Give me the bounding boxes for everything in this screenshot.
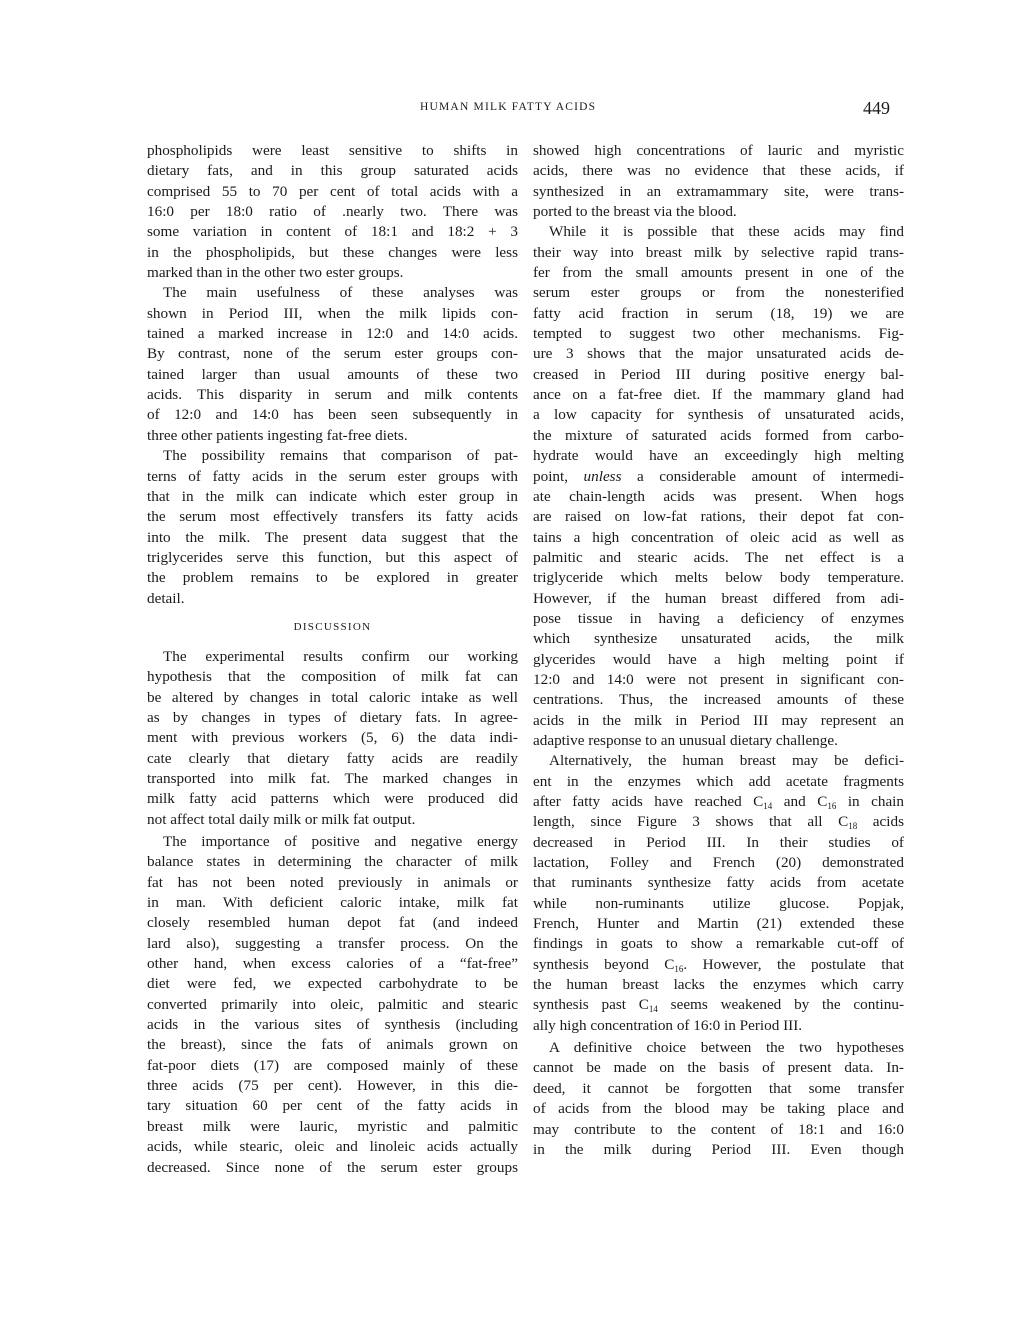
text-fragment: acids [857,813,904,830]
text-line: synthesis beyond C16. However, the postu… [533,955,904,975]
text-line: balance states in determining the charac… [147,852,518,872]
text-line: A definitive choice between the two hypo… [533,1038,904,1058]
text-line: three acids (75 per cent). However, in t… [147,1076,518,1096]
text-line: fatty acid fraction in serum (18, 19) we… [533,304,904,324]
text-line: The possibility remains that comparison … [147,446,518,466]
text-line: By contrast, none of the serum ester gro… [147,344,518,364]
paragraph: The main usefulness of these analyses wa… [147,283,518,446]
text-line: tary situation 60 per cent of the fatty … [147,1096,518,1116]
right-column: showed high concentrations of lauric and… [533,141,904,1160]
paragraph: phospholipids were least sensitive to sh… [147,141,518,283]
text-line: cate clearly that dietary fatty acids ar… [147,749,518,769]
text-line: deed, it cannot be forgotten that some t… [533,1079,904,1099]
text-line: Alternatively, the human breast may be d… [533,751,904,771]
text-line: hydrate would have an exceedingly high m… [533,446,904,466]
text-line: 12:0 and 14:0 were not present in signif… [533,670,904,690]
text-line: point, unless a considerable amount of i… [533,467,904,487]
text-line: triglyceride which melts below body temp… [533,568,904,588]
text-line: while non-ruminants utilize glucose. Pop… [533,894,904,914]
text-line: acids in the milk in Period III may repr… [533,711,904,731]
text-line: the serum most effectively transfers its… [147,507,518,527]
text-line: into the milk. The present data suggest … [147,528,518,548]
text-fragment: after fatty acids have reached C [533,793,763,810]
text-line: breast milk were lauric, myristic and pa… [147,1117,518,1137]
text-line: acids in the various sites of synthesis … [147,1015,518,1035]
text-line: decreased. Since none of the serum ester… [147,1158,518,1178]
text-line: fer from the small amounts present in on… [533,263,904,283]
text-fragment: synthesis past C [533,996,649,1013]
text-line: lard also), suggesting a transfer proces… [147,934,518,954]
text-line: which synthesize unsaturated acids, the … [533,629,904,649]
paragraph: A definitive choice between the two hypo… [533,1038,904,1160]
text-line: the problem remains to be explored in gr… [147,568,518,588]
text-line: not affect total daily milk or milk fat … [147,810,518,830]
text-line: their way into breast milk by selective … [533,243,904,263]
text-line: acids, there was no evidence that these … [533,161,904,181]
text-fragment: a considerable amount of intermedi- [622,468,905,485]
paragraph: Alternatively, the human breast may be d… [533,751,904,1036]
text-line: triglycerides serve this function, but t… [147,548,518,568]
text-line: of acids from the blood may be taking pl… [533,1099,904,1119]
text-line: are raised on low-fat rations, their dep… [533,507,904,527]
text-line: fat has not been noted previously in ani… [147,873,518,893]
text-line: ure 3 shows that the major unsaturated a… [533,344,904,364]
text-fragment: in chain [836,793,904,810]
text-line: milk fatty acid patterns which were prod… [147,789,518,809]
text-line: centrations. Thus, the increased amounts… [533,690,904,710]
subscript: 16 [827,801,836,811]
text-line: findings in goats to show a remarkable c… [533,934,904,954]
text-line: that ruminants synthesize fatty acids fr… [533,873,904,893]
text-line: some variation in content of 18:1 and 18… [147,222,518,242]
text-line: be altered by changes in total caloric i… [147,688,518,708]
text-line: serum ester groups or from the nonesteri… [533,283,904,303]
page-number: 449 [863,98,890,119]
text-line: the mixture of saturated acids formed fr… [533,426,904,446]
text-line: ance on a fat-free diet. If the mammary … [533,385,904,405]
text-line: acids. This disparity in serum and milk … [147,385,518,405]
text-line: after fatty acids have reached C14 and C… [533,792,904,812]
text-line: French, Hunter and Martin (21) extended … [533,914,904,934]
text-fragment: . However, the postulate that [683,956,904,973]
text-line: in the phospholipids, but these changes … [147,243,518,263]
text-line: transported into milk fat. The marked ch… [147,769,518,789]
text-line: that in the milk can indicate which este… [147,487,518,507]
text-line: dietary fats, and in this group saturate… [147,161,518,181]
text-line: palmitic and stearic acids. The net effe… [533,548,904,568]
text-line: marked than in the other two ester group… [147,263,518,283]
text-line: showed high concentrations of lauric and… [533,141,904,161]
paragraph: The importance of positive and negative … [147,832,518,1178]
paragraph: While it is possible that these acids ma… [533,222,904,751]
text-line: three other patients ingesting fat-free … [147,426,518,446]
text-line: adaptive response to an unusual dietary … [533,731,904,751]
text-line: glycerides would have a high melting poi… [533,650,904,670]
text-line: ent in the enzymes which add acetate fra… [533,772,904,792]
text-line: may contribute to the content of 18:1 an… [533,1120,904,1140]
section-heading-discussion: DISCUSSION [147,609,518,647]
text-line: length, since Figure 3 shows that all C1… [533,812,904,832]
text-line: The main usefulness of these analyses wa… [147,283,518,303]
text-line: other hand, when excess calories of a “f… [147,954,518,974]
text-line: pose tissue in having a deficiency of en… [533,609,904,629]
text-line: detail. [147,589,518,609]
text-line: converted primarily into oleic, palmitic… [147,995,518,1015]
text-fragment: point, [533,468,584,485]
text-line: in man. With deficient caloric intake, m… [147,893,518,913]
text-line: tained larger than usual amounts of thes… [147,365,518,385]
text-line: comprised 55 to 70 per cent of total aci… [147,182,518,202]
subscript: 14 [763,801,772,811]
text-line: fat-poor diets (17) are composed mainly … [147,1056,518,1076]
text-line: creased in Period III during positive en… [533,365,904,385]
left-column: phospholipids were least sensitive to sh… [147,141,518,1178]
text-line: tained a marked increase in 12:0 and 14:… [147,324,518,344]
text-line: as by changes in types of dietary fats. … [147,708,518,728]
text-line: phospholipids were least sensitive to sh… [147,141,518,161]
text-line: synthesized in an extramammary site, wer… [533,182,904,202]
paragraph: showed high concentrations of lauric and… [533,141,904,222]
text-line: the breast), since the fats of animals g… [147,1035,518,1055]
text-line: hypothesis that the composition of milk … [147,667,518,687]
text-line: diet were fed, we expected carbohydrate … [147,974,518,994]
text-line: decreased in Period III. In their studie… [533,833,904,853]
text-line: cannot be made on the basis of present d… [533,1058,904,1078]
subscript: 18 [848,821,857,831]
text-fragment: and C [772,793,827,810]
text-line: 16:0 per 18:0 ratio of .nearly two. Ther… [147,202,518,222]
text-line: ally high concentration of 16:0 in Perio… [533,1016,904,1036]
text-line: ment with previous workers (5, 6) the da… [147,728,518,748]
text-line: acids, while stearic, oleic and linoleic… [147,1137,518,1157]
text-line: However, if the human breast differed fr… [533,589,904,609]
text-line: The experimental results confirm our wor… [147,647,518,667]
text-line: shown in Period III, when the milk lipid… [147,304,518,324]
text-line: a low capacity for synthesis of unsatura… [533,405,904,425]
text-line: ported to the breast via the blood. [533,202,904,222]
text-fragment: synthesis beyond C [533,956,674,973]
emphasis-unless: unless [584,468,622,485]
running-title: HUMAN MILK FATTY ACIDS [420,101,596,113]
text-fragment: seems weakened by the continu- [658,996,904,1013]
text-fragment: length, since Figure 3 shows that all C [533,813,848,830]
subscript: 14 [649,1004,658,1014]
text-line: terns of fatty acids in the serum ester … [147,467,518,487]
text-line: ate chain-length acids was present. When… [533,487,904,507]
text-line: the human breast lacks the enzymes which… [533,975,904,995]
paragraph: The possibility remains that comparison … [147,446,518,609]
text-line: of 12:0 and 14:0 has been seen subsequen… [147,405,518,425]
text-line: tains a high concentration of oleic acid… [533,528,904,548]
text-line: in the milk during Period III. Even thou… [533,1140,904,1160]
text-line: While it is possible that these acids ma… [533,222,904,242]
text-line: lactation, Folley and French (20) demons… [533,853,904,873]
text-line: tempted to suggest two other mechanisms.… [533,324,904,344]
paragraph: The experimental results confirm our wor… [147,647,518,830]
text-line: synthesis past C14 seems weakened by the… [533,995,904,1015]
text-line: closely resembled human depot fat (and i… [147,913,518,933]
text-line: The importance of positive and negative … [147,832,518,852]
